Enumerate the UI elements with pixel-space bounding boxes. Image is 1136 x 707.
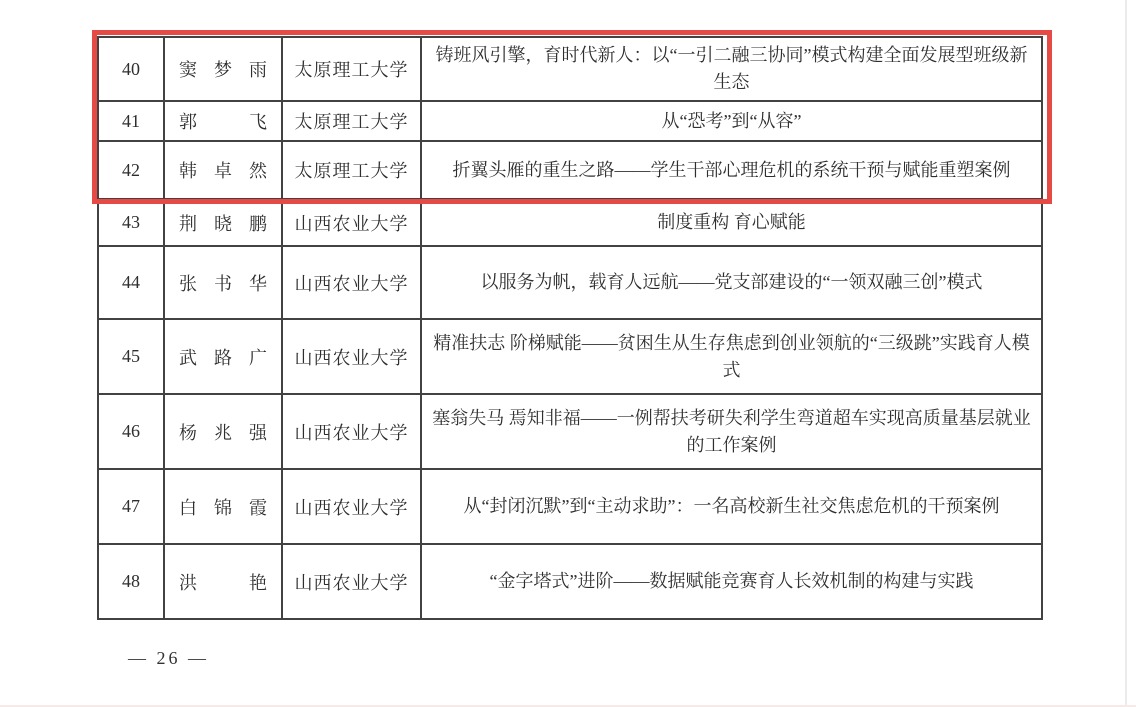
- name-text: 杨兆强: [179, 419, 267, 445]
- table-row: 46杨兆强山西农业大学塞翁失马 焉知非福——一例帮扶考研失利学生弯道超车实现高质…: [98, 394, 1042, 469]
- table-row: 41郭飞太原理工大学从“恐考”到“从容”: [98, 101, 1042, 141]
- cell-name: 张书华: [164, 246, 282, 319]
- cell-university: 太原理工大学: [282, 101, 421, 141]
- award-list-table-body: 40窦梦雨太原理工大学铸班风引擎，育时代新人：以“一引二融三协同”模式构建全面发…: [98, 37, 1042, 619]
- cell-case-title: 铸班风引擎，育时代新人：以“一引二融三协同”模式构建全面发展型班级新生态: [421, 37, 1042, 101]
- cell-row-number: 40: [98, 37, 164, 101]
- cell-university: 山西农业大学: [282, 469, 421, 544]
- cell-university: 山西农业大学: [282, 319, 421, 394]
- footer-page-number: — 26 —: [128, 648, 209, 669]
- cell-university: 山西农业大学: [282, 246, 421, 319]
- cell-university: 山西农业大学: [282, 199, 421, 246]
- cell-name: 荆晓鹏: [164, 199, 282, 246]
- cell-name: 郭飞: [164, 101, 282, 141]
- cell-university: 山西农业大学: [282, 544, 421, 619]
- cell-row-number: 47: [98, 469, 164, 544]
- cell-case-title: 以服务为帆，载育人远航——党支部建设的“一领双融三创”模式: [421, 246, 1042, 319]
- name-text: 荆晓鹏: [179, 210, 267, 236]
- name-text: 郭飞: [179, 108, 267, 134]
- cell-case-title: 从“封闭沉默”到“主动求助”：一名高校新生社交焦虑危机的干预案例: [421, 469, 1042, 544]
- table-row: 45武路广山西农业大学精准扶志 阶梯赋能——贫困生从生存焦虑到创业领航的“三级跳…: [98, 319, 1042, 394]
- name-text: 韩卓然: [179, 157, 267, 183]
- table-row: 48洪艳山西农业大学“金字塔式”进阶——数据赋能竞赛育人长效机制的构建与实践: [98, 544, 1042, 619]
- name-text: 张书华: [179, 270, 267, 296]
- cell-row-number: 45: [98, 319, 164, 394]
- table-row: 47白锦霞山西农业大学从“封闭沉默”到“主动求助”：一名高校新生社交焦虑危机的干…: [98, 469, 1042, 544]
- cell-row-number: 44: [98, 246, 164, 319]
- cell-case-title: 制度重构 育心赋能: [421, 199, 1042, 246]
- cell-name: 白锦霞: [164, 469, 282, 544]
- cell-row-number: 46: [98, 394, 164, 469]
- cell-row-number: 43: [98, 199, 164, 246]
- table-row: 42韩卓然太原理工大学折翼头雁的重生之路——学生干部心理危机的系统干预与赋能重塑…: [98, 141, 1042, 199]
- cell-name: 洪艳: [164, 544, 282, 619]
- cell-university: 太原理工大学: [282, 141, 421, 199]
- table-row: 44张书华山西农业大学以服务为帆，载育人远航——党支部建设的“一领双融三创”模式: [98, 246, 1042, 319]
- cell-case-title: 精准扶志 阶梯赋能——贫困生从生存焦虑到创业领航的“三级跳”实践育人模式: [421, 319, 1042, 394]
- cell-university: 太原理工大学: [282, 37, 421, 101]
- scanned-document-page: 40窦梦雨太原理工大学铸班风引擎，育时代新人：以“一引二融三协同”模式构建全面发…: [0, 0, 1136, 707]
- cell-case-title: 塞翁失马 焉知非福——一例帮扶考研失利学生弯道超车实现高质量基层就业的工作案例: [421, 394, 1042, 469]
- cell-row-number: 42: [98, 141, 164, 199]
- cell-row-number: 48: [98, 544, 164, 619]
- name-text: 武路广: [179, 344, 267, 370]
- cell-name: 杨兆强: [164, 394, 282, 469]
- table-row: 40窦梦雨太原理工大学铸班风引擎，育时代新人：以“一引二融三协同”模式构建全面发…: [98, 37, 1042, 101]
- name-text: 白锦霞: [179, 494, 267, 520]
- cell-row-number: 41: [98, 101, 164, 141]
- cell-case-title: “金字塔式”进阶——数据赋能竞赛育人长效机制的构建与实践: [421, 544, 1042, 619]
- award-list-table: 40窦梦雨太原理工大学铸班风引擎，育时代新人：以“一引二融三协同”模式构建全面发…: [97, 36, 1043, 620]
- cell-name: 窦梦雨: [164, 37, 282, 101]
- cell-case-title: 从“恐考”到“从容”: [421, 101, 1042, 141]
- name-text: 窦梦雨: [179, 56, 267, 82]
- table-row: 43荆晓鹏山西农业大学制度重构 育心赋能: [98, 199, 1042, 246]
- cell-university: 山西农业大学: [282, 394, 421, 469]
- page-edge-line: [1125, 0, 1127, 707]
- cell-name: 武路广: [164, 319, 282, 394]
- name-text: 洪艳: [179, 569, 267, 595]
- cell-name: 韩卓然: [164, 141, 282, 199]
- cell-case-title: 折翼头雁的重生之路——学生干部心理危机的系统干预与赋能重塑案例: [421, 141, 1042, 199]
